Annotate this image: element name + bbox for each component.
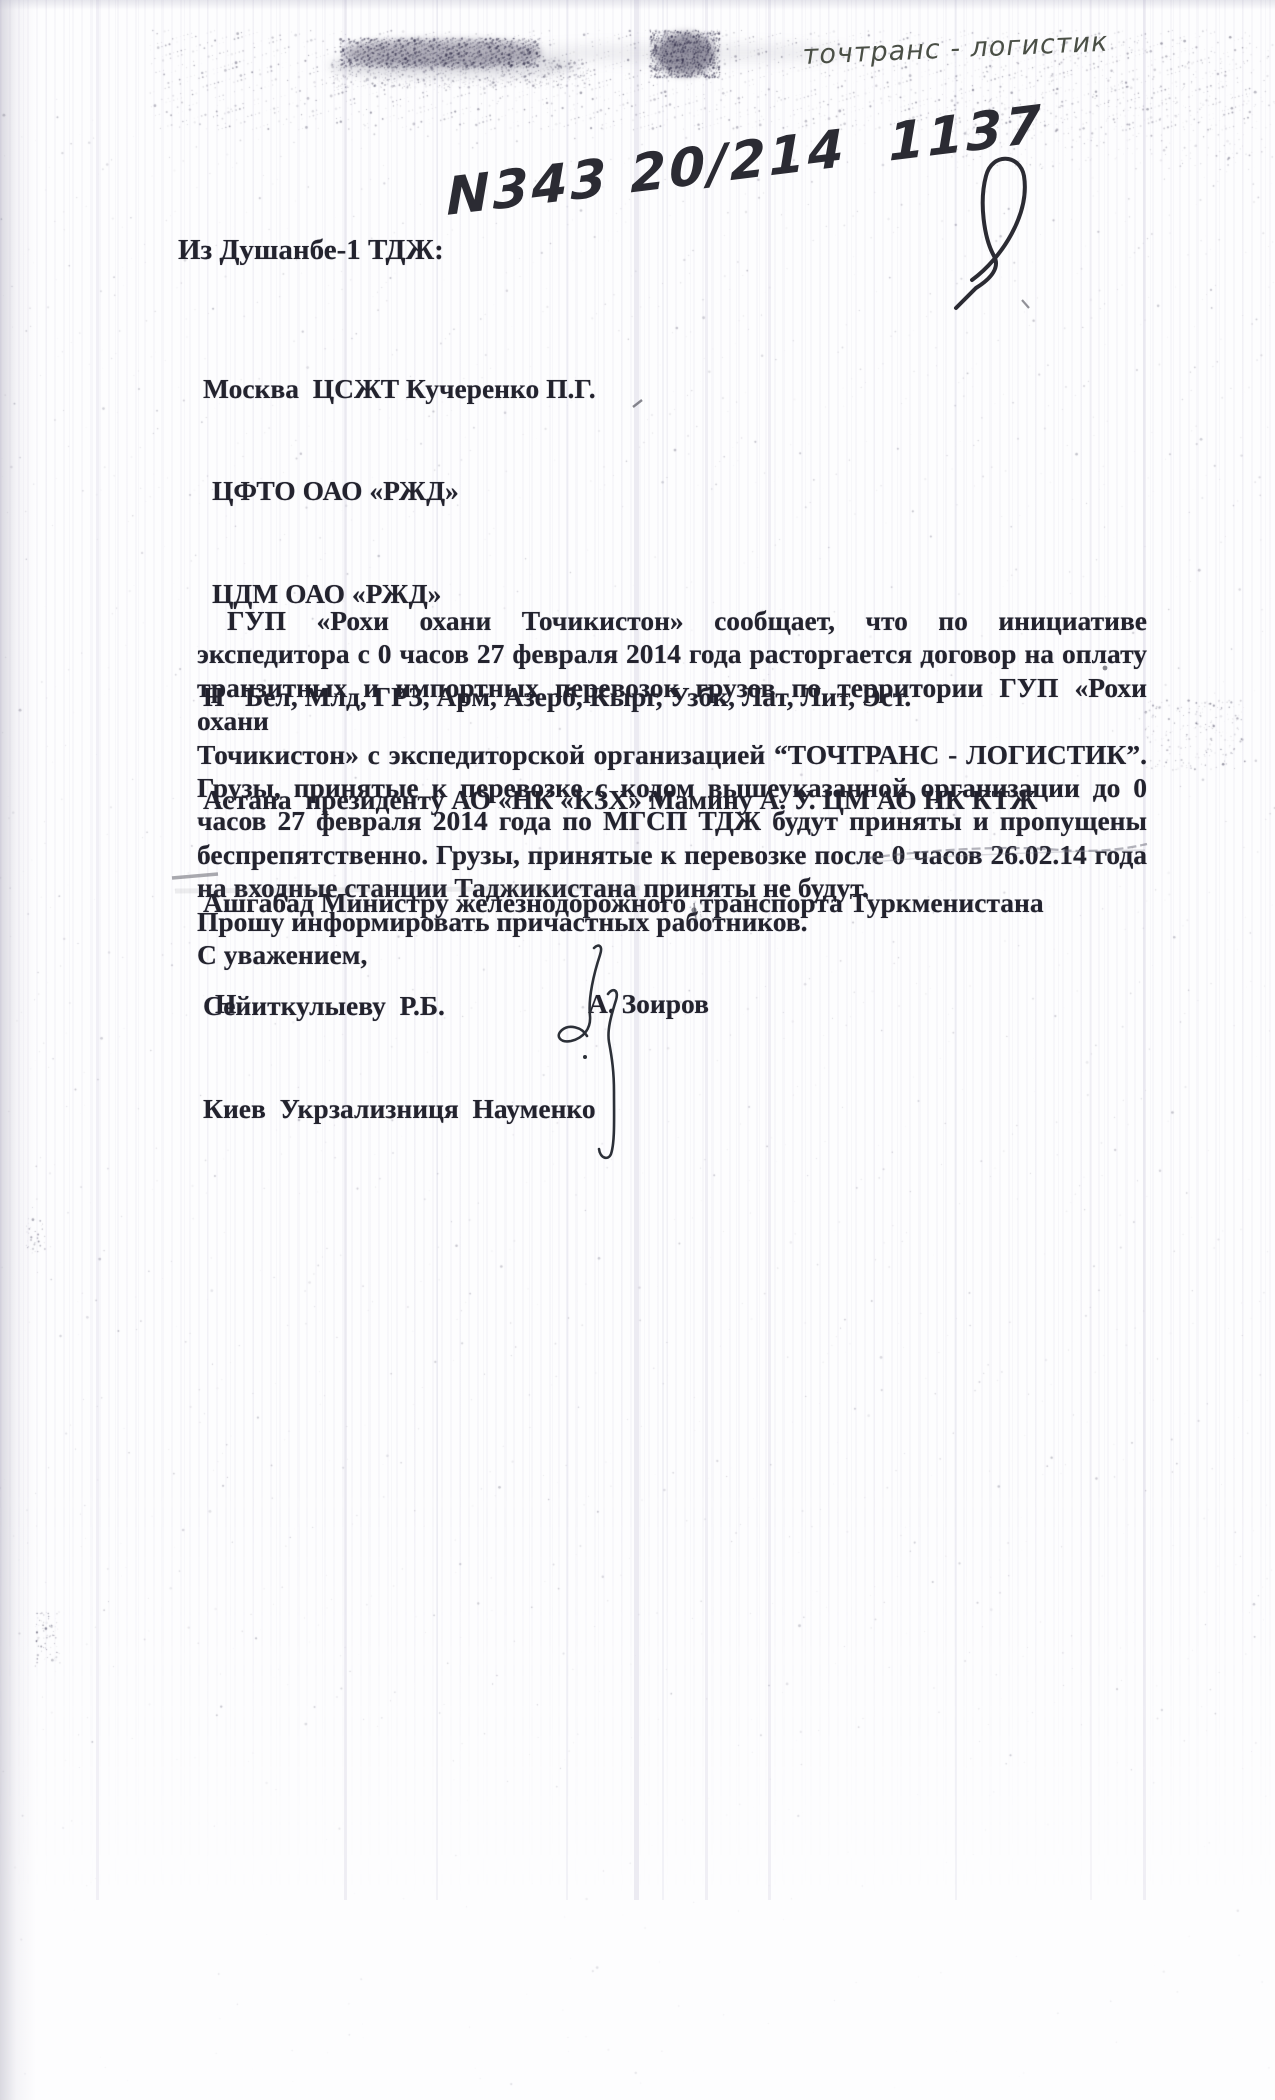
body-line: беспрепятственно. Грузы, принятые к пере… [197,838,1147,871]
toner-smudge-band [345,40,540,66]
addressee-line: Киев Укрзализниця Науменко [203,1092,1044,1126]
letter-body: ГУП «Рохи охани Точикистон» сообщает, чт… [197,604,1147,971]
body-line: экспедитора с 0 часов 27 февраля 2014 го… [197,637,1147,670]
toner-smudge-blob [656,33,714,75]
signature-left-mark: Н [215,988,236,1020]
scanned-letter-page: точтранс - логистик Из Душанбе-1 ТДЖ: N3… [0,0,1275,2100]
body-line: ГУП «Рохи охани Точикистон» сообщает, чт… [197,604,1147,637]
origin-label: Из Душанбе-1 ТДЖ: [178,234,444,267]
scan-left-edge-shadow [0,0,36,2100]
body-line: на входные станции Таджикистана приняты … [197,871,1147,904]
scan-streak [96,0,99,1900]
body-line: Грузы, принятые к перевозке с кодом выше… [197,771,1147,804]
body-line: Точикистон» с экспедиторской организацие… [197,738,1147,771]
registration-flourish [962,150,1052,300]
handwritten-company-note: точтранс - логистик [802,27,1109,71]
addressee-line: ЦФТО ОАО «РЖД» [203,474,1044,508]
body-line: Прошу информировать причастных работнико… [197,905,1147,938]
signer-name: А. Зоиров [588,988,709,1020]
scan-top-edge-shadow [0,0,1275,10]
body-line: транзитных и импортных перевозок грузов … [197,671,1147,738]
body-line: часов 27 февраля 2014 года по МГСП ТДЖ б… [197,804,1147,837]
addressee-line: Москва ЦСЖТ Кучеренко П.Г. [203,372,1044,406]
toner-smudge-band [330,55,575,77]
handwritten-registration-number: N343 20/214 1137 [446,94,1045,228]
body-line: С уважением, [197,938,1147,971]
